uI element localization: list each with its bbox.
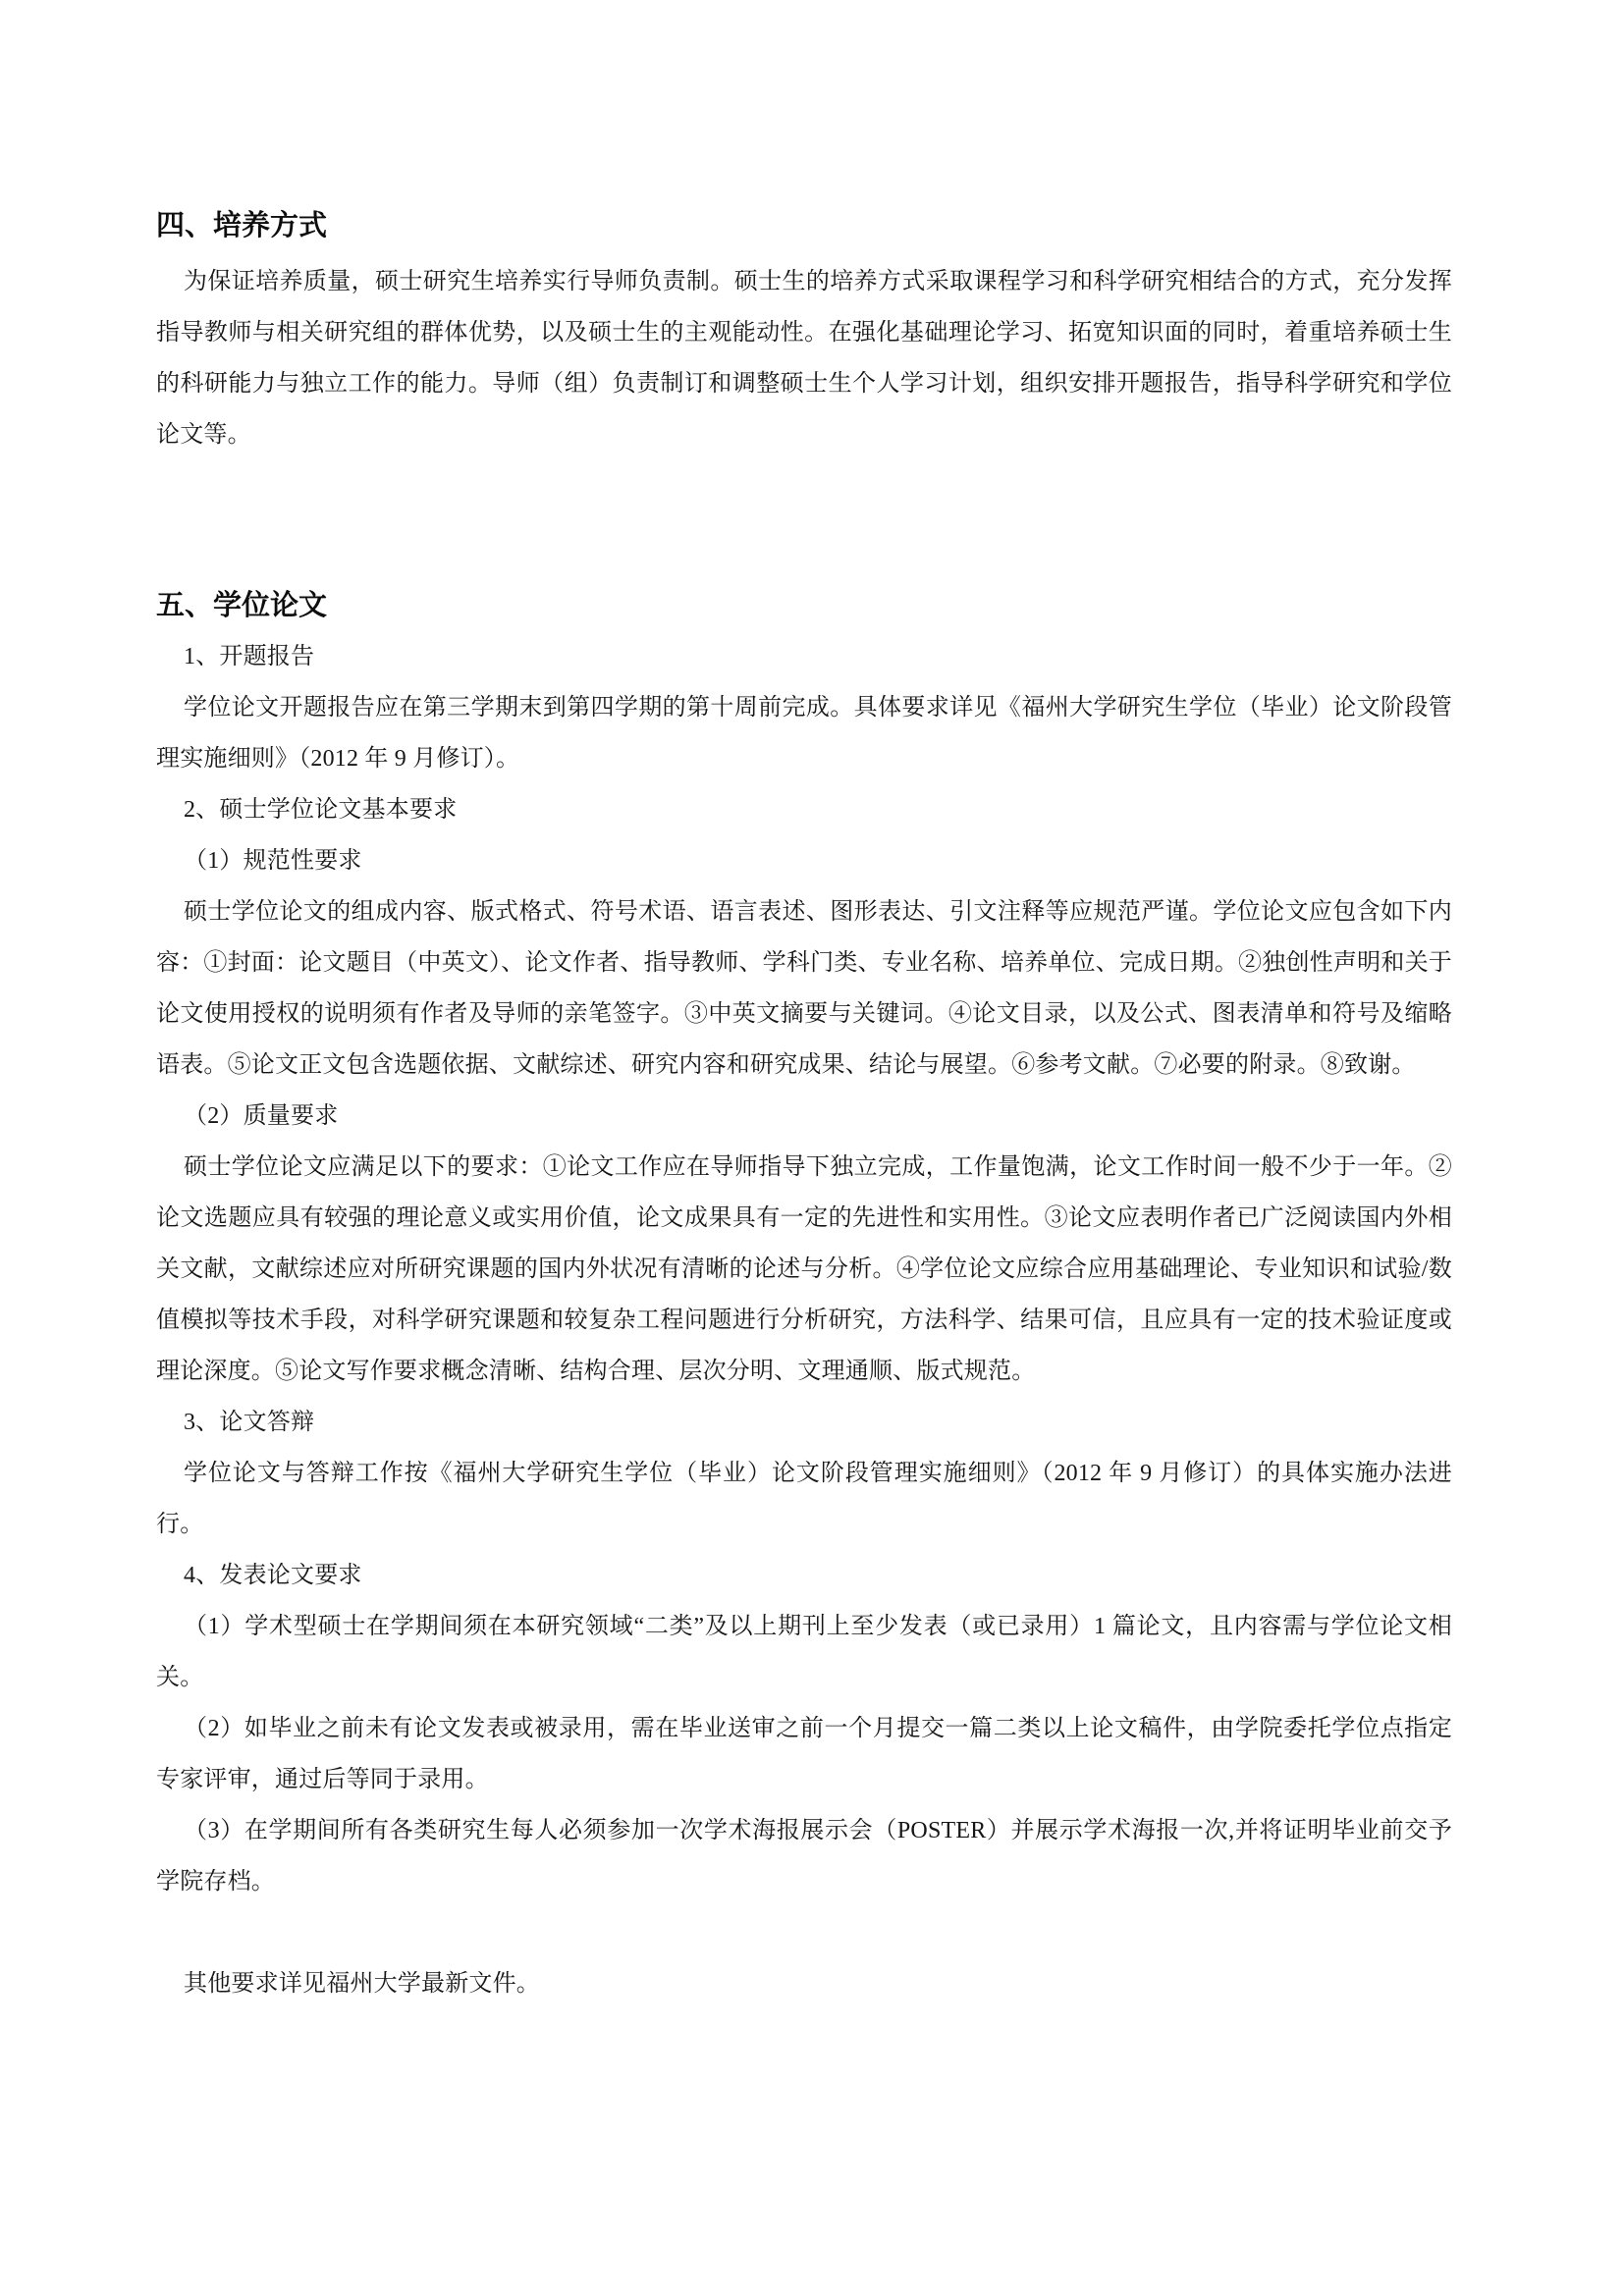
paragraph-item-publication-requirements-title: 4、发表论文要求 [156, 1550, 1452, 1601]
paragraph-item-publication-requirement-3: （3）在学期间所有各类研究生每人必须参加一次学术海报展示会（POSTER）并展示… [156, 1805, 1452, 1907]
document-page: 四、培养方式 为保证培养质量，硕士研究生培养实行导师负责制。硕士生的培养方式采取… [0, 0, 1624, 2296]
paragraph-item-proposal-body: 学位论文开题报告应在第三学期末到第四学期的第十周前完成。具体要求详见《福州大学研… [156, 682, 1452, 784]
paragraph-item-basic-requirements-title: 2、硕士学位论文基本要求 [156, 784, 1452, 835]
paragraph-item-quality-requirements-title: （2）质量要求 [156, 1091, 1452, 1142]
paragraph-item-normative-requirements-title: （1）规范性要求 [156, 835, 1452, 886]
section-heading-degree-thesis: 五、学位论文 [156, 580, 1452, 631]
section-heading-training-mode: 四、培养方式 [156, 200, 1452, 251]
paragraph-item-normative-requirements-body: 硕士学位论文的组成内容、版式格式、符号术语、语言表述、图形表达、引文注释等应规范… [156, 886, 1452, 1091]
document-content: 四、培养方式 为保证培养质量，硕士研究生培养实行导师负责制。硕士生的培养方式采取… [156, 200, 1452, 2009]
paragraph-item-thesis-defense-title: 3、论文答辩 [156, 1397, 1452, 1448]
paragraph-training-mode-body: 为保证培养质量，硕士研究生培养实行导师负责制。硕士生的培养方式采取课程学习和科学… [156, 256, 1452, 460]
paragraph-item-thesis-defense-body: 学位论文与答辩工作按《福州大学研究生学位（毕业）论文阶段管理实施细则》（2012… [156, 1448, 1452, 1550]
paragraph-item-proposal-title: 1、开题报告 [156, 631, 1452, 682]
paragraph-item-publication-requirement-2: （2）如毕业之前未有论文发表或被录用，需在毕业送审之前一个月提交一篇二类以上论文… [156, 1703, 1452, 1805]
paragraph-closing-note: 其他要求详见福州大学最新文件。 [156, 1958, 1452, 2009]
paragraph-item-publication-requirement-1: （1）学术型硕士在学期间须在本研究领域“二类”及以上期刊上至少发表（或已录用）1… [156, 1601, 1452, 1703]
paragraph-item-quality-requirements-body: 硕士学位论文应满足以下的要求：①论文工作应在导师指导下独立完成，工作量饱满，论文… [156, 1142, 1452, 1397]
